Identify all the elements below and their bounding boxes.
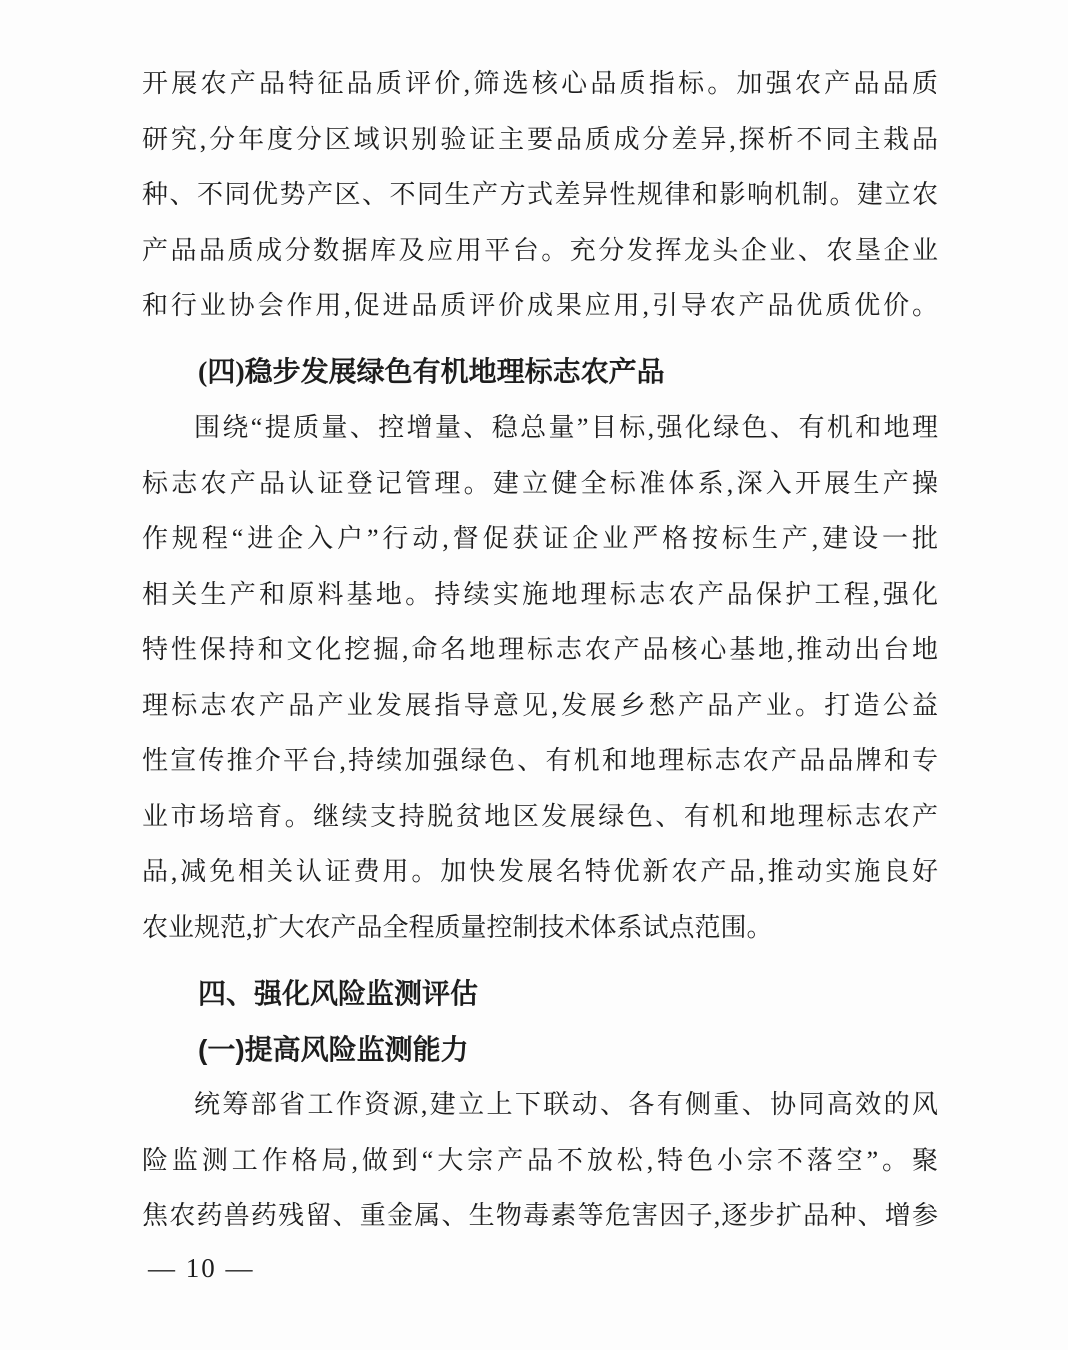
- body-line: 产品品质成分数据库及应用平台。充分发挥龙头企业、农垦企业: [142, 223, 938, 279]
- paragraph-last-line: 农业规范,扩大农产品全程质量控制技术体系试点范围。: [142, 900, 938, 956]
- paragraph-first-line: 统筹部省工作资源,建立上下联动、各有侧重、协同高效的风: [142, 1077, 938, 1133]
- body-line: 理标志农产品产业发展指导意见,发展乡愁产品产业。打造公益: [142, 678, 938, 734]
- body-line: 焦农药兽药残留、重金属、生物毒素等危害因子,逐步扩品种、增参: [142, 1188, 938, 1244]
- body-line: 标志农产品认证登记管理。建立健全标准体系,深入开展生产操: [142, 456, 938, 512]
- body-line: 相关生产和原料基地。持续实施地理标志农产品保护工程,强化: [142, 567, 938, 623]
- text-column: 开展农产品特征品质评价,筛选核心品质指标。加强农产品品质 研究,分年度分区域识别…: [142, 56, 938, 1244]
- section-heading-l2: (一)提高风险监测能力: [142, 1022, 938, 1078]
- body-line: 品,减免相关认证费用。加快发展名特优新农产品,推动实施良好: [142, 844, 938, 900]
- paragraph-first-line: 围绕“提质量、控增量、稳总量”目标,强化绿色、有机和地理: [142, 400, 938, 456]
- section-heading-l1: 四、强化风险监测评估: [142, 966, 938, 1022]
- body-line: 特性保持和文化挖掘,命名地理标志农产品核心基地,推动出台地: [142, 622, 938, 678]
- body-line: 研究,分年度分区域识别验证主要品质成分差异,探析不同主栽品: [142, 112, 938, 168]
- body-line: 业市场培育。继续支持脱贫地区发展绿色、有机和地理标志农产: [142, 789, 938, 845]
- page-number: — 10 —: [148, 1248, 255, 1288]
- body-line: 险监测工作格局,做到“大宗产品不放松,特色小宗不落空”。聚: [142, 1133, 938, 1189]
- body-line: 开展农产品特征品质评价,筛选核心品质指标。加强农产品品质: [142, 56, 938, 112]
- body-line: 和行业协会作用,促进品质评价成果应用,引导农产品优质优价。: [142, 278, 938, 334]
- body-line: 性宣传推介平台,持续加强绿色、有机和地理标志农产品品牌和专: [142, 733, 938, 789]
- section-heading-l2: (四)稳步发展绿色有机地理标志农产品: [142, 345, 938, 401]
- body-line: 作规程“进企入户”行动,督促获证企业严格按标生产,建设一批: [142, 511, 938, 567]
- body-line: 种、不同优势产区、不同生产方式差异性规律和影响机制。建立农: [142, 167, 938, 223]
- document-page: 开展农产品特征品质评价,筛选核心品质指标。加强农产品品质 研究,分年度分区域识别…: [0, 0, 1068, 1350]
